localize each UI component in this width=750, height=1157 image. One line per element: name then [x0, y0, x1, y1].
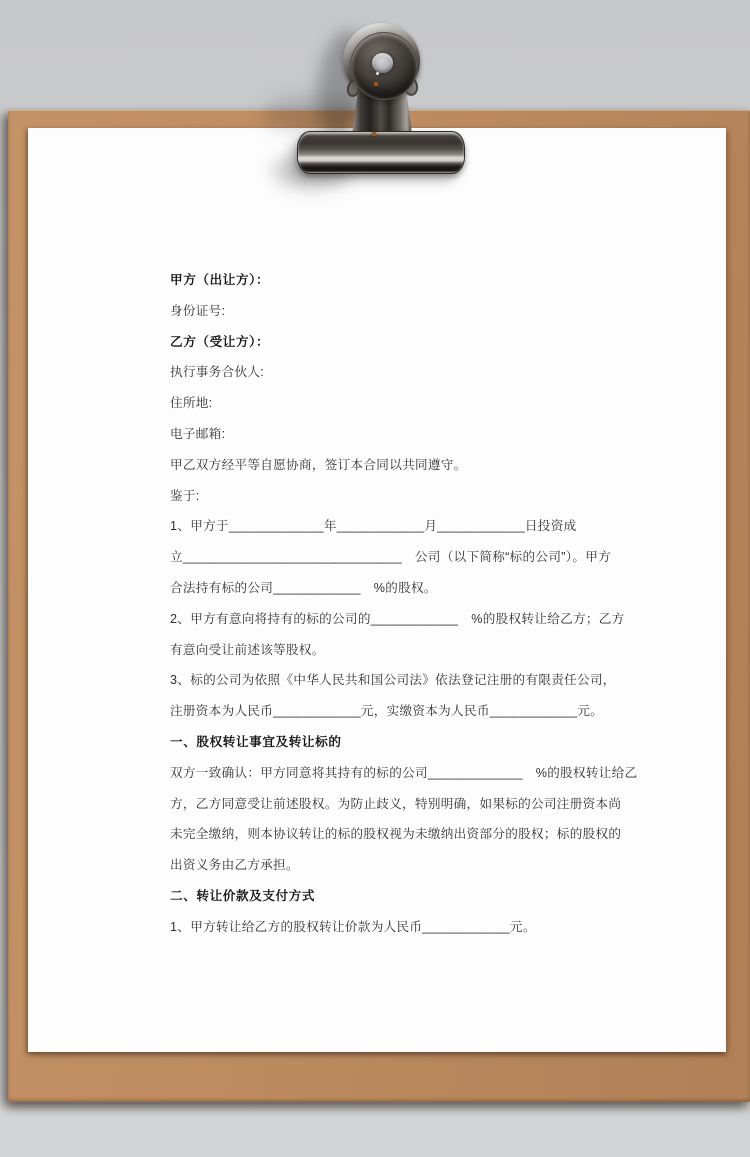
- doc-line: 二、转让价款及支付方式: [170, 881, 637, 912]
- scene: 甲方（出让方）：身份证号:乙方（受让方）：执行事务合伙人:住所地:电子邮箱:甲乙…: [0, 0, 750, 1157]
- doc-line: 执行事务合伙人:: [170, 357, 637, 388]
- doc-line: 有意向受让前述该等股权。: [170, 635, 637, 666]
- clip-amber-glint-icon: [374, 82, 378, 86]
- clipboard-board: 甲方（出让方）：身份证号:乙方（受让方）：执行事务合伙人:住所地:电子邮箱:甲乙…: [8, 110, 750, 1102]
- clip-bar: [297, 131, 465, 174]
- doc-line: 2、甲方有意向将持有的标的公司的____________ %的股权转让给乙方；乙…: [170, 604, 637, 635]
- clip-bar-amber-glint-icon: [372, 132, 376, 136]
- doc-line: 电子邮箱:: [170, 419, 637, 450]
- doc-line: 合法持有标的公司____________ %的股权。: [170, 573, 637, 604]
- doc-line: 未完全缴纳，则本协议转让的标的股权视为未缴纳出资部分的股权；标的股权的: [170, 819, 637, 850]
- doc-line: 双方一致确认：甲方同意将其持有的标的公司_____________ %的股权转让…: [170, 758, 637, 789]
- clip-highlight-speck: [376, 72, 379, 75]
- doc-line: 鉴于:: [170, 481, 637, 512]
- doc-line: 出资义务由乙方承担。: [170, 850, 637, 881]
- doc-line: 甲方（出让方）：: [170, 265, 637, 296]
- doc-line: 方，乙方同意受让前述股权。为防止歧义，特别明确，如果标的公司注册资本尚: [170, 789, 637, 820]
- contract-text-block: 甲方（出让方）：身份证号:乙方（受让方）：执行事务合伙人:住所地:电子邮箱:甲乙…: [170, 265, 637, 943]
- doc-line: 1、甲方于_____________年____________月________…: [170, 511, 637, 542]
- doc-line: 3、标的公司为依照《中华人民共和国公司法》依法登记注册的有限责任公司，: [170, 665, 637, 696]
- doc-line: 立______________________________ 公司（以下简称“…: [170, 542, 637, 573]
- clip-knob-hole: [372, 53, 393, 73]
- doc-line: 乙方（受让方）：: [170, 327, 637, 358]
- doc-line: 住所地:: [170, 388, 637, 419]
- doc-line: 注册资本为人民币____________元，实缴资本为人民币__________…: [170, 696, 637, 727]
- doc-line: 1、甲方转让给乙方的股权转让价款为人民币____________元。: [170, 912, 637, 943]
- clip-knob: [350, 32, 418, 100]
- contract-paper: 甲方（出让方）：身份证号:乙方（受让方）：执行事务合伙人:住所地:电子邮箱:甲乙…: [28, 128, 726, 1052]
- doc-line: 甲乙双方经平等自愿协商，签订本合同以共同遵守。: [170, 450, 637, 481]
- doc-line: 身份证号:: [170, 296, 637, 327]
- doc-line: 一、股权转让事宜及转让标的: [170, 727, 637, 758]
